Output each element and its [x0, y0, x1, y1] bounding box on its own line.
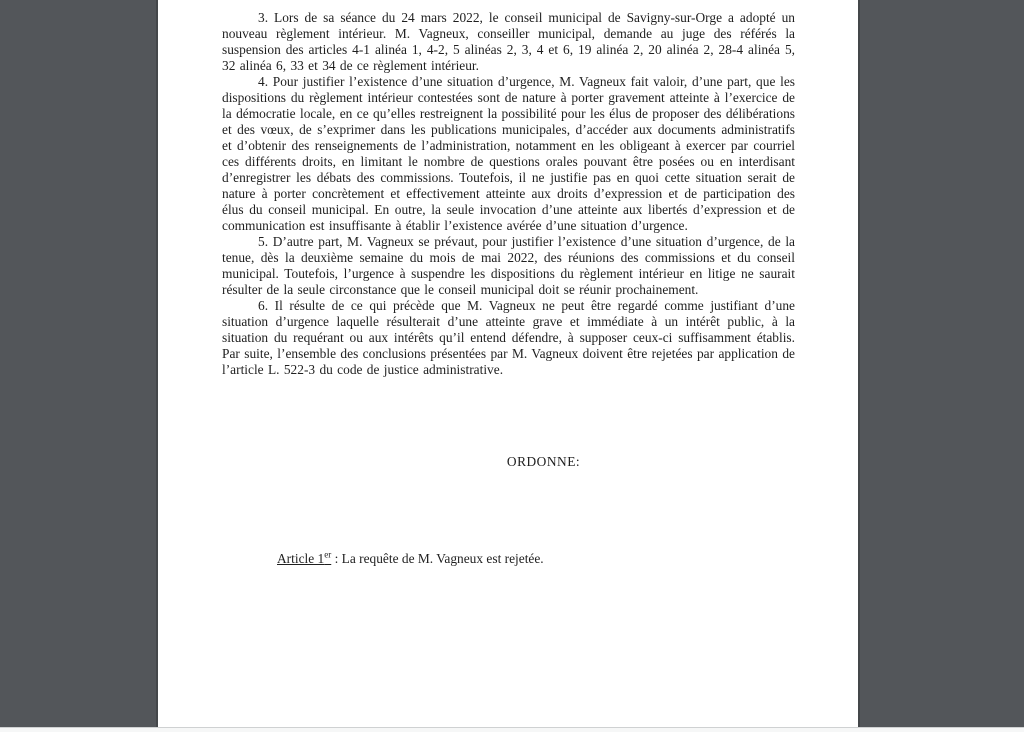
paragraph-6: 6. Il résulte de ce qui précède que M. V… — [222, 298, 795, 378]
article-1-line: Article 1er : La requête de M. Vagneux e… — [222, 551, 795, 567]
paragraph-3: 3. Lors de sa séance du 24 mars 2022, le… — [222, 10, 795, 74]
article-1-text: : La requête de M. Vagneux est rejetée. — [331, 551, 543, 566]
document-page: 3. Lors de sa séance du 24 mars 2022, le… — [158, 0, 858, 727]
article-1-label-text: Article 1 — [277, 551, 324, 566]
viewer-background-right — [858, 0, 1024, 727]
pdf-viewer: 3. Lors de sa séance du 24 mars 2022, le… — [0, 0, 1024, 732]
paragraph-5: 5. D’autre part, M. Vagneux se prévaut, … — [222, 234, 795, 298]
ordonne-heading: ORDONNE: — [222, 454, 795, 470]
viewer-background-left — [0, 0, 158, 727]
viewer-bottom-strip — [0, 727, 1024, 732]
paragraph-4: 4. Pour justifier l’existence d’une situ… — [222, 74, 795, 234]
article-1-label: Article 1er — [277, 551, 331, 566]
